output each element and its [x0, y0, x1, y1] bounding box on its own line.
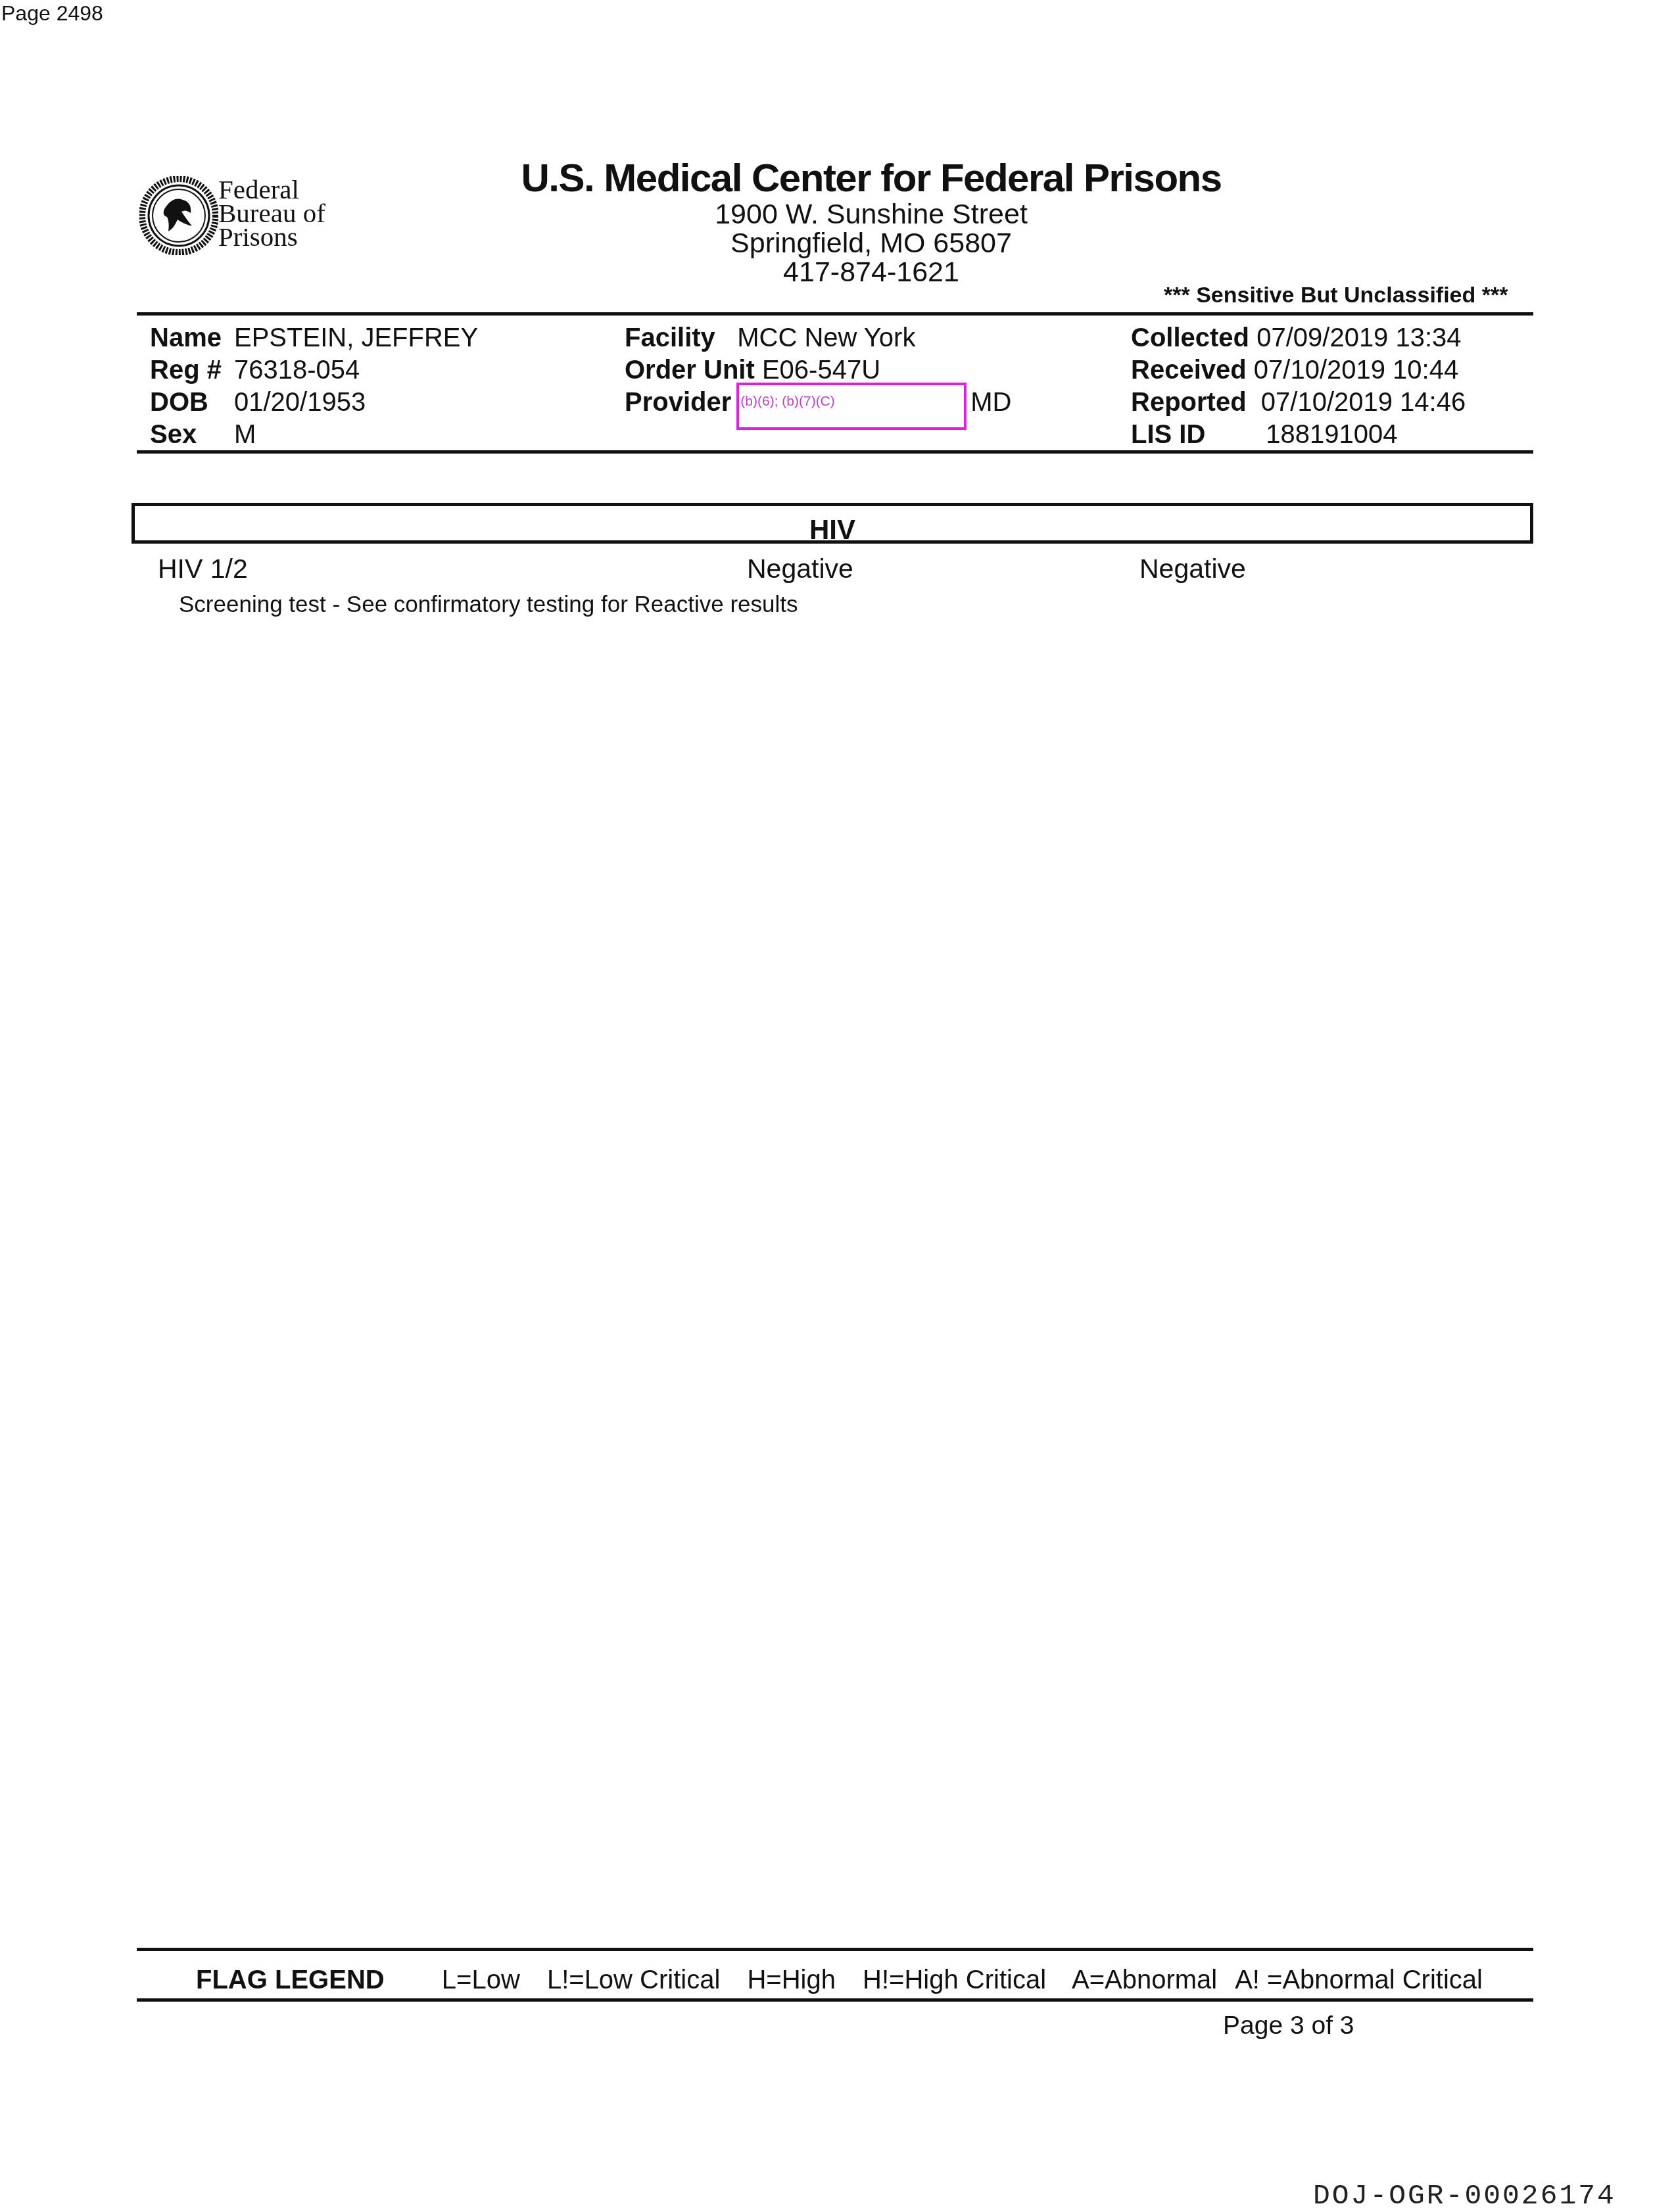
reported-label: Reported — [1131, 388, 1247, 417]
divider-top — [137, 312, 1533, 316]
flag-legend: FLAG LEGEND L=Low L!=Low Critical H=High… — [196, 1965, 1483, 1995]
provider-suffix: MD — [970, 388, 1011, 417]
legend-item: H!=High Critical — [863, 1965, 1046, 1994]
provider-redaction-box: (b)(6); (b)(7)(C) — [736, 383, 967, 430]
legend-item: H=High — [747, 1965, 836, 1994]
legend-divider-top — [137, 1948, 1533, 1951]
result-reference: Negative — [1139, 553, 1246, 584]
lis-label: LIS ID — [1131, 420, 1205, 449]
result-test-name: HIV 1/2 — [158, 553, 248, 584]
result-value: Negative — [747, 553, 853, 584]
order-unit-value: E06-547U — [762, 356, 880, 385]
section-header-box: HIV — [132, 503, 1533, 544]
name-label: Name — [150, 322, 234, 354]
legend-item: L!=Low Critical — [547, 1965, 720, 1994]
collected-label: Collected — [1131, 323, 1249, 352]
sex-value: M — [234, 420, 256, 449]
legend-item: A! =Abnormal Critical — [1235, 1965, 1483, 1994]
legend-title: FLAG LEGEND — [196, 1965, 385, 1994]
classification-banner: *** Sensitive But Unclassified *** — [1164, 283, 1508, 308]
lis-value: 188191004 — [1266, 420, 1397, 449]
facility-value: MCC New York — [737, 323, 915, 352]
address-line-2: Springfield, MO 65807 — [500, 229, 1243, 258]
reg-number: 76318-054 — [234, 356, 360, 385]
section-title: HIV — [135, 514, 1530, 546]
order-info: Facility MCC New York Order Unit E06-547… — [625, 322, 1012, 434]
page-number: Page 3 of 3 — [1223, 2012, 1354, 2040]
legend-item: A=Abnormal — [1072, 1965, 1217, 1994]
logo-line-prisons: Prisons — [218, 225, 325, 248]
dob-value: 01/20/1953 — [234, 388, 366, 417]
report-header: U.S. Medical Center for Federal Prisons … — [500, 156, 1243, 287]
order-unit-label: Order Unit — [625, 356, 755, 385]
sex-label: Sex — [150, 419, 234, 451]
patient-info: NameEPSTEIN, JEFFREY Reg #76318-054 DOB0… — [150, 322, 478, 451]
result-note: Screening test - See confirmatory testin… — [179, 592, 798, 618]
reported-value: 07/10/2019 14:46 — [1261, 388, 1466, 417]
bop-seal-icon — [139, 176, 218, 255]
reg-label: Reg # — [150, 354, 234, 387]
legend-divider-bottom — [137, 1998, 1533, 2002]
legend-item: L=Low — [442, 1965, 520, 1994]
redaction-code: (b)(6); (b)(7)(C) — [740, 385, 834, 417]
facility-title: U.S. Medical Center for Federal Prisons — [500, 156, 1243, 200]
address-line-1: 1900 W. Sunshine Street — [500, 200, 1243, 229]
phone-number: 417-874-1621 — [500, 258, 1243, 287]
bates-number: DOJ-OGR-00026174 — [1313, 2180, 1616, 2212]
divider-bottom — [137, 450, 1533, 454]
specimen-dates: Collected 07/09/2019 13:34 Received 07/1… — [1131, 322, 1466, 451]
patient-name: EPSTEIN, JEFFREY — [234, 323, 478, 352]
page-label: Page 2498 — [1, 1, 103, 26]
received-label: Received — [1131, 356, 1247, 385]
facility-label: Facility — [625, 323, 715, 352]
dob-label: DOB — [150, 387, 234, 419]
received-value: 07/10/2019 10:44 — [1254, 356, 1458, 385]
bop-logo-text: Federal Bureau of Prisons — [218, 177, 325, 248]
collected-value: 07/09/2019 13:34 — [1256, 323, 1461, 352]
provider-label: Provider — [625, 388, 731, 417]
